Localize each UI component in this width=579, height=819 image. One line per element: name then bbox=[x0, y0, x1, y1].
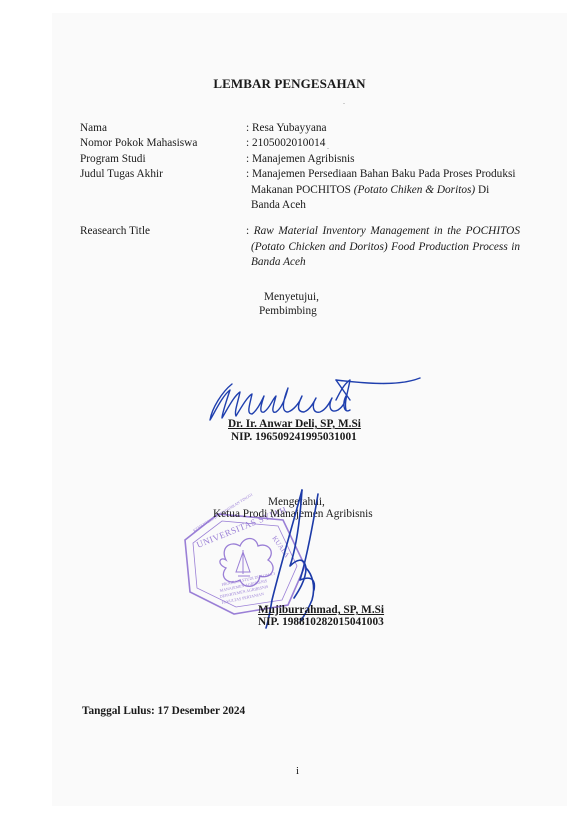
approval-heading: Menyetujui, bbox=[264, 290, 319, 304]
page-title: LEMBAR PENGESAHAN bbox=[0, 76, 579, 92]
research-colon: : bbox=[246, 225, 254, 237]
head-of-program-nip: NIP. 198810282015041003 bbox=[258, 615, 384, 629]
field-value: : Raw Material Inventory Management in t… bbox=[240, 224, 520, 270]
student-info: Nama : Resa Yubayyana Nomor Pokok Mahasi… bbox=[80, 121, 520, 271]
field-label: Nomor Pokok Mahasiswa bbox=[80, 136, 240, 151]
field-row-name: Nama : Resa Yubayyana bbox=[80, 121, 520, 136]
field-value: : Manajemen Persediaan Bahan Baku Pada P… bbox=[240, 167, 520, 213]
graduation-date: Tanggal Lulus: 17 Desember 2024 bbox=[82, 705, 245, 717]
page-number: i bbox=[296, 765, 299, 777]
approval-role: Pembimbing bbox=[259, 304, 317, 318]
field-value: : Resa Yubayyana bbox=[240, 121, 520, 136]
field-label: Judul Tugas Akhir bbox=[80, 167, 240, 213]
thesis-title-italic: (Potato Chiken & Doritos) bbox=[354, 184, 475, 196]
field-label: Program Studi bbox=[80, 152, 240, 167]
supervisor-name: Dr. Ir. Anwar Deli, SP, M.Si bbox=[228, 417, 361, 431]
field-row-npm: Nomor Pokok Mahasiswa : 2105002010014 bbox=[80, 136, 520, 151]
field-value: : Manajemen Agribisnis bbox=[240, 152, 520, 167]
field-label: Reasearch Title bbox=[80, 224, 240, 270]
field-row-thesis-title: Judul Tugas Akhir : Manajemen Persediaan… bbox=[80, 167, 520, 213]
acknowledgement-role: Ketua Prodi Manajemen Agribisnis bbox=[213, 507, 373, 521]
scan-speck bbox=[343, 103, 345, 104]
field-value: : 2105002010014 bbox=[240, 136, 520, 151]
supervisor-nip: NIP. 196509241995031001 bbox=[231, 430, 357, 444]
supervisor-name-text: Dr. Ir. Anwar Deli, SP, M.Si bbox=[228, 418, 361, 430]
research-title-italic: Raw Material Inventory Management in the… bbox=[251, 225, 520, 268]
field-row-program: Program Studi : Manajemen Agribisnis bbox=[80, 152, 520, 167]
field-label: Nama bbox=[80, 121, 240, 136]
field-row-research-title: Reasearch Title : Raw Material Inventory… bbox=[80, 224, 520, 270]
